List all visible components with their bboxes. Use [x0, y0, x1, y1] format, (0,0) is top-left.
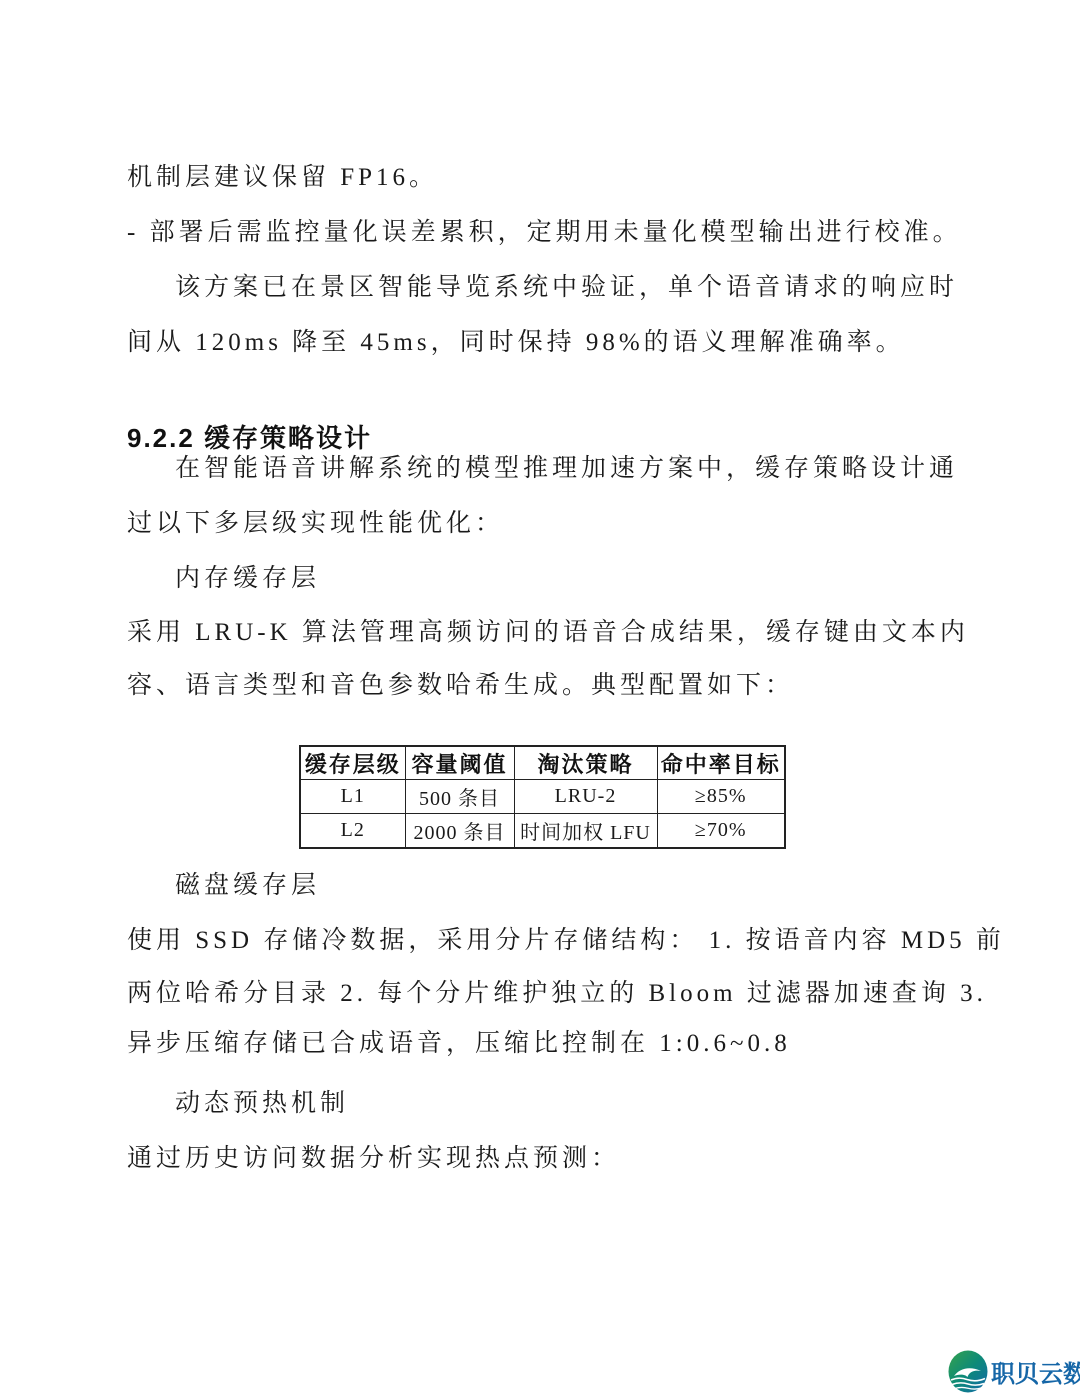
body-line: 在智能语音讲解系统的模型推理加速方案中，缓存策略设计通 [127, 455, 1035, 484]
body-line: 通过历史访问数据分析实现热点预测： [127, 1145, 987, 1174]
body-line: 使用 SSD 存储冷数据，采用分片存储结构： 1. 按语音内容 MD5 前 [127, 927, 987, 956]
body-line: 采用 LRU-K 算法管理高频访问的语音合成结果，缓存键由文本内 [127, 619, 987, 648]
subsection-label: 内存缓存层 [127, 565, 1035, 594]
body-line: 过以下多层级实现性能优化： [127, 510, 987, 539]
table-cell: 时间加权 LFU [514, 814, 657, 849]
table-cell: ≥70% [657, 814, 785, 849]
table-header-row: 缓存层级 容量阈值 淘汰策略 命中率目标 [300, 746, 785, 780]
table-header-cell: 淘汰策略 [514, 746, 657, 780]
body-line: 两位哈希分目录 2. 每个分片维护独立的 Bloom 过滤器加速查询 3. [127, 980, 987, 1009]
table-cell: 500 条目 [405, 780, 514, 814]
document-page: 机制层建议保留 FP16。 - 部署后需监控量化误差累积，定期用未量化模型输出进… [0, 0, 1080, 1397]
body-line: 容、语言类型和音色参数哈希生成。典型配置如下： [127, 672, 987, 701]
table-row: L2 2000 条目 时间加权 LFU ≥70% [300, 814, 785, 849]
table-cell: L1 [300, 780, 405, 814]
body-line: - 部署后需监控量化误差累积，定期用未量化模型输出进行校准。 [127, 219, 987, 248]
wave-globe-icon [948, 1350, 988, 1393]
table-cell: LRU-2 [514, 780, 657, 814]
table-header-cell: 命中率目标 [657, 746, 785, 780]
table-cell: 2000 条目 [405, 814, 514, 849]
cache-config-table: 缓存层级 容量阈值 淘汰策略 命中率目标 L1 500 条目 LRU-2 ≥85… [299, 745, 786, 849]
section-heading: 9.2.2 缓存策略设计 [127, 418, 372, 455]
footer-logo: 职贝云数 [948, 1350, 1080, 1393]
table-header-cell: 容量阈值 [405, 746, 514, 780]
table-row: L1 500 条目 LRU-2 ≥85% [300, 780, 785, 814]
body-line: 间从 120ms 降至 45ms，同时保持 98%的语义理解准确率。 [127, 329, 987, 358]
subsection-label: 动态预热机制 [127, 1090, 1035, 1119]
body-line: 异步压缩存储已合成语音，压缩比控制在 1:0.6~0.8 [127, 1030, 987, 1059]
table-cell: ≥85% [657, 780, 785, 814]
body-line: 该方案已在景区智能导览系统中验证，单个语音请求的响应时 [127, 274, 1035, 303]
logo-text: 职贝云数 [991, 1354, 1080, 1389]
table-cell: L2 [300, 814, 405, 849]
subsection-label: 磁盘缓存层 [127, 872, 1035, 901]
body-line: 机制层建议保留 FP16。 [127, 164, 987, 193]
table-header-cell: 缓存层级 [300, 746, 405, 780]
